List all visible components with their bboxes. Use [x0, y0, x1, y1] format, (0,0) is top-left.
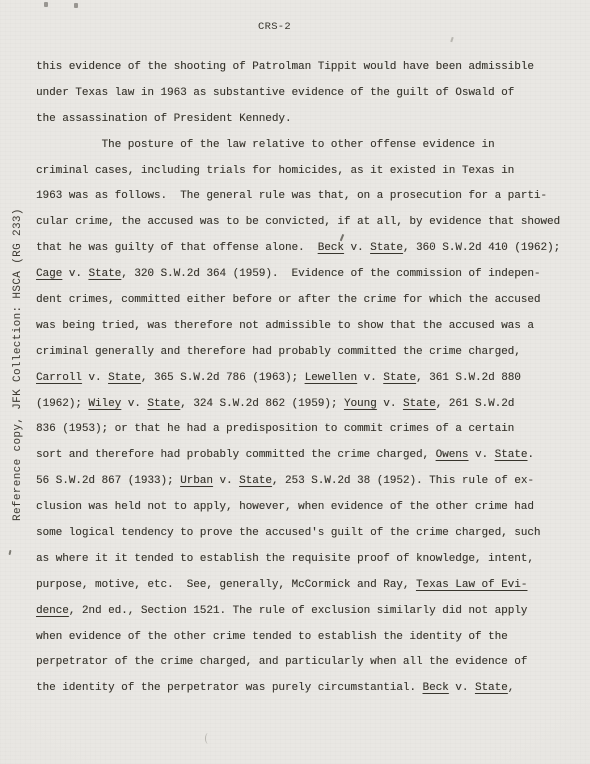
underlined-citation-text: Texas Law of Evi-	[416, 579, 527, 591]
body-text: The posture of the law relative to other…	[36, 139, 495, 151]
scan-artifact-speck	[44, 2, 48, 7]
body-text: , 360 S.W.2d 410 (1962);	[403, 242, 560, 254]
document-line: dent crimes, committed either before or …	[36, 288, 572, 314]
body-text: that he was guilty of that offense alone…	[36, 242, 318, 254]
document-line: (1962); Wiley v. State, 324 S.W.2d 862 (…	[36, 392, 572, 418]
underlined-citation-text: Cage	[36, 268, 62, 280]
underlined-citation-text: State	[147, 398, 180, 410]
body-text: v.	[213, 475, 239, 487]
body-text: , 261 S.W.2d	[436, 398, 515, 410]
underlined-citation-text: Urban	[180, 475, 213, 487]
document-line: was being tried, was therefore not admis…	[36, 314, 572, 340]
body-text: .	[527, 449, 534, 461]
underlined-citation-text: State	[383, 372, 416, 384]
body-text: 56 S.W.2d 867 (1933);	[36, 475, 180, 487]
body-text: (1962);	[36, 398, 88, 410]
archive-stamp: Reference copy, JFK Collection: HSCA (RG…	[12, 208, 24, 521]
underlined-citation-text: Lewellen	[305, 372, 357, 384]
body-text: some logical tendency to prove the accus…	[36, 527, 540, 539]
scan-artifact-speck	[74, 3, 78, 8]
document-line: as where it it tended to establish the r…	[36, 547, 572, 573]
document-line: Cage v. State, 320 S.W.2d 364 (1959). Ev…	[36, 262, 572, 288]
document-line: dence, 2nd ed., Section 1521. The rule o…	[36, 599, 572, 625]
body-text: 836 (1953); or that he had a predisposit…	[36, 423, 514, 435]
body-text: under Texas law in 1963 as substantive e…	[36, 87, 514, 99]
body-text: this evidence of the shooting of Patrolm…	[36, 61, 534, 73]
underlined-citation-text: State	[475, 682, 508, 694]
body-text: as where it it tended to establish the r…	[36, 553, 534, 565]
underlined-citation-text: State	[403, 398, 436, 410]
document-line: The posture of the law relative to other…	[36, 133, 572, 159]
document-line: this evidence of the shooting of Patrolm…	[36, 55, 572, 81]
body-text: cular crime, the accused was to be convi…	[36, 216, 560, 228]
document-line: purpose, motive, etc. See, generally, Mc…	[36, 573, 572, 599]
body-text: , 253 S.W.2d 38 (1952). This rule of ex-	[272, 475, 534, 487]
document-line: cular crime, the accused was to be convi…	[36, 210, 572, 236]
document-line: the identity of the perpetrator was pure…	[36, 676, 572, 702]
document-line: under Texas law in 1963 as substantive e…	[36, 81, 572, 107]
document-line: perpetrator of the crime charged, and pa…	[36, 650, 572, 676]
document-line: criminal cases, including trials for hom…	[36, 159, 572, 185]
body-text: when evidence of the other crime tended …	[36, 631, 508, 643]
underlined-citation-text: State	[108, 372, 141, 384]
scanned-document-page: CRS-2 Reference copy, JFK Collection: HS…	[0, 0, 590, 764]
underlined-citation-text: Beck	[423, 682, 449, 694]
document-line: sort and therefore had probably committe…	[36, 443, 572, 469]
underlined-citation-text: State	[239, 475, 272, 487]
body-text: v.	[62, 268, 88, 280]
underlined-citation-text: Wiley	[88, 398, 121, 410]
body-text: was being tried, was therefore not admis…	[36, 320, 534, 332]
body-text: , 324 S.W.2d 862 (1959);	[180, 398, 344, 410]
scan-artifact-paren	[205, 733, 211, 744]
body-text: , 320 S.W.2d 364 (1959). Evidence of the…	[121, 268, 540, 280]
body-text: , 365 S.W.2d 786 (1963);	[141, 372, 305, 384]
underlined-citation-text: dence	[36, 605, 69, 617]
document-line: when evidence of the other crime tended …	[36, 625, 572, 651]
body-text: dent crimes, committed either before or …	[36, 294, 540, 306]
body-text: 1963 was as follows. The general rule wa…	[36, 190, 547, 202]
body-text: criminal generally and therefore had pro…	[36, 346, 521, 358]
body-text: v.	[357, 372, 383, 384]
body-text: the assassination of President Kennedy.	[36, 113, 292, 125]
scan-artifact-tick	[450, 37, 453, 42]
body-text: v.	[121, 398, 147, 410]
body-text: purpose, motive, etc. See, generally, Mc…	[36, 579, 416, 591]
underlined-citation-text: Young	[344, 398, 377, 410]
body-text: sort and therefore had probably committe…	[36, 449, 436, 461]
body-text: perpetrator of the crime charged, and pa…	[36, 656, 527, 668]
underlined-citation-text: Carroll	[36, 372, 82, 384]
scan-artifact-apostrophe	[9, 550, 12, 555]
document-line: some logical tendency to prove the accus…	[36, 521, 572, 547]
document-line: 836 (1953); or that he had a predisposit…	[36, 417, 572, 443]
body-text: , 2nd ed., Section 1521. The rule of exc…	[69, 605, 528, 617]
body-text: v.	[449, 682, 475, 694]
body-text: the identity of the perpetrator was pure…	[36, 682, 423, 694]
document-line: 56 S.W.2d 867 (1933); Urban v. State, 25…	[36, 469, 572, 495]
page-number-header: CRS-2	[258, 21, 291, 33]
document-line: clusion was held not to apply, however, …	[36, 495, 572, 521]
body-text: v.	[468, 449, 494, 461]
body-text: , 361 S.W.2d 880	[416, 372, 521, 384]
document-line: that he was guilty of that offense alone…	[36, 236, 572, 262]
body-text: ,	[508, 682, 515, 694]
document-line: criminal generally and therefore had pro…	[36, 340, 572, 366]
document-line: the assassination of President Kennedy.	[36, 107, 572, 133]
underlined-citation-text: State	[88, 268, 121, 280]
body-text: v.	[82, 372, 108, 384]
document-line: Carroll v. State, 365 S.W.2d 786 (1963);…	[36, 366, 572, 392]
body-text: v.	[377, 398, 403, 410]
body-text: v.	[344, 242, 370, 254]
underlined-citation-text: Beck	[318, 242, 344, 254]
underlined-citation-text: State	[370, 242, 403, 254]
body-text: clusion was held not to apply, however, …	[36, 501, 534, 513]
document-text-block: this evidence of the shooting of Patrolm…	[36, 55, 572, 702]
body-text: criminal cases, including trials for hom…	[36, 165, 514, 177]
underlined-citation-text: State	[495, 449, 528, 461]
underlined-citation-text: Owens	[436, 449, 469, 461]
document-line: 1963 was as follows. The general rule wa…	[36, 184, 572, 210]
